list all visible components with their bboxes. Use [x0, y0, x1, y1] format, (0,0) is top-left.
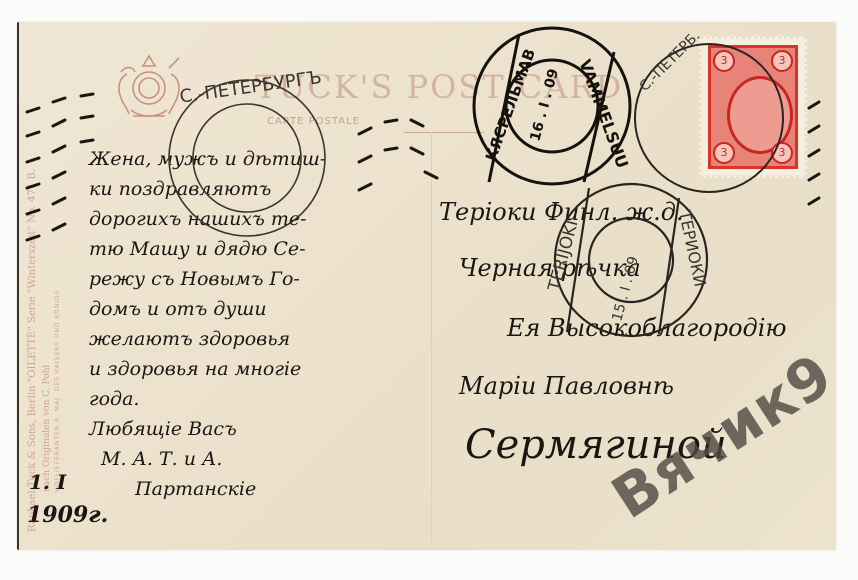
postmark-vammelsuu-date: 16 . I . 09 — [527, 67, 562, 143]
cancellation-dashes — [27, 94, 819, 240]
postmark-spb-stamp-text: С.-ПЕТЕРБ. — [637, 28, 704, 95]
postmark-terijoki-date: 15 . I . 09 — [609, 255, 642, 323]
postmark-terijoki-text-right: ТЕРИОКИ — [675, 208, 710, 289]
postmark-terijoki-text-left: TERIJOKI — [544, 218, 582, 294]
